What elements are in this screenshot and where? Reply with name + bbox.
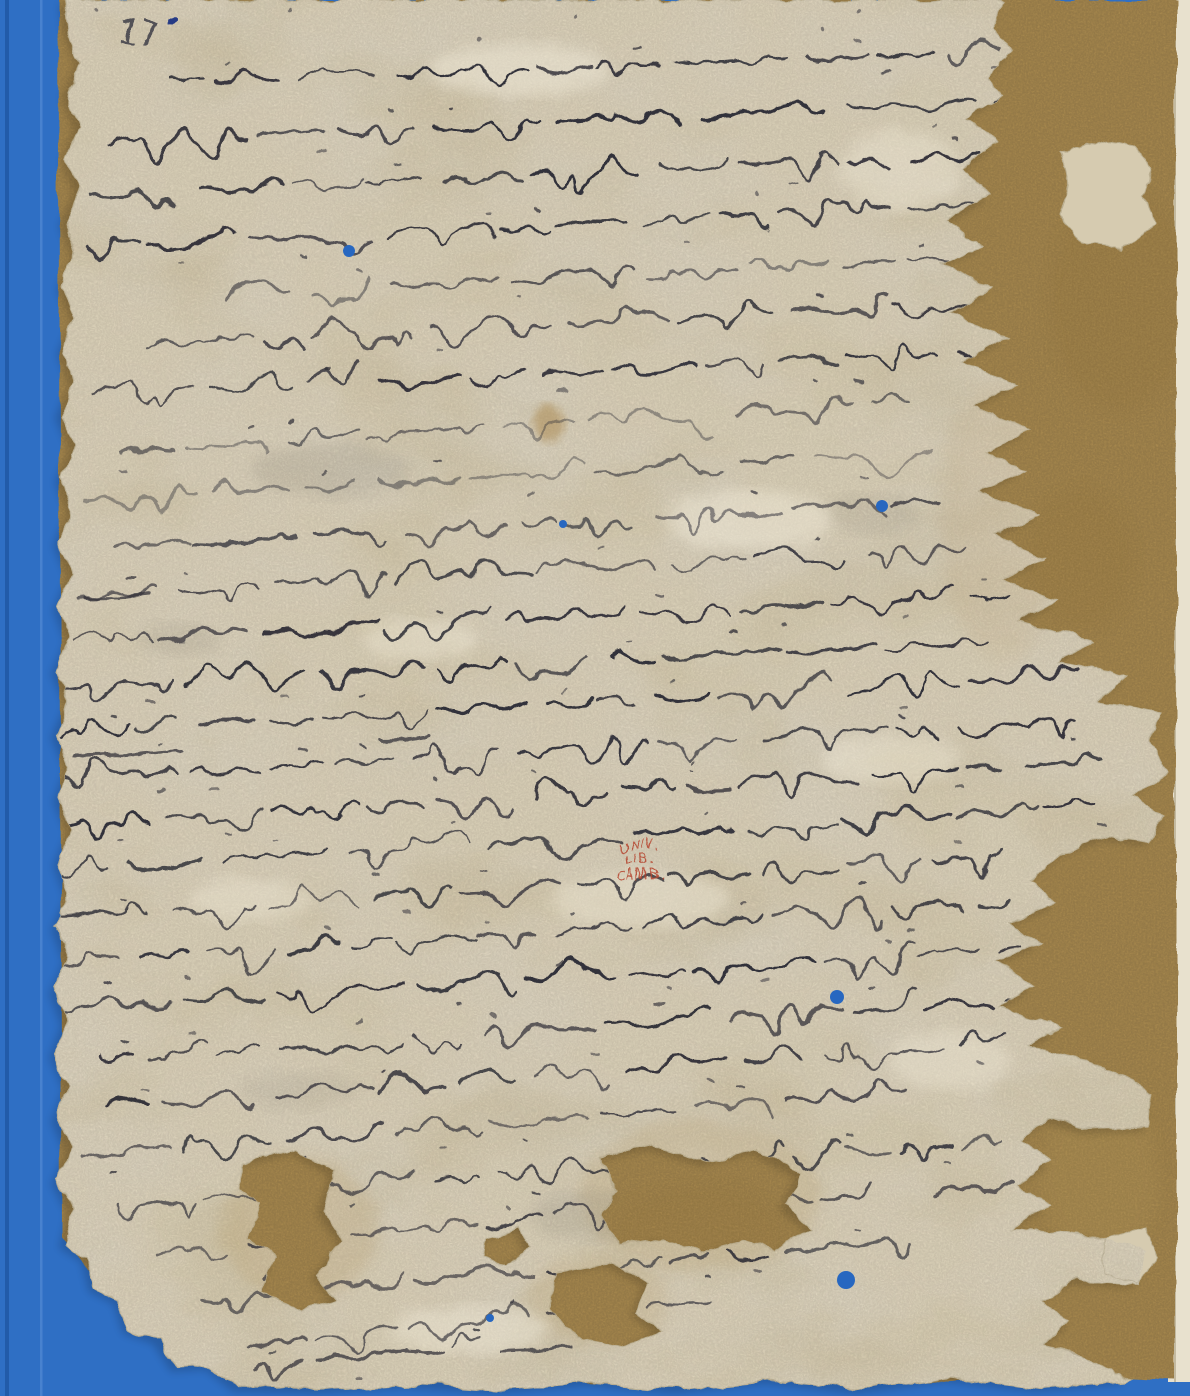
ink-speck [820,28,824,32]
handwriting-stroke [111,716,116,717]
blue-through-hole [559,520,567,528]
paper-abrasion [665,490,835,550]
handwriting-stroke [389,112,393,113]
ink-speck [573,12,577,16]
handwriting-stroke [435,350,440,351]
blue-through-hole [876,500,888,512]
handwriting-stroke [884,71,889,72]
handwriting-stroke [396,165,402,167]
ink-smudge [240,1070,360,1110]
handwriting-stroke [901,716,906,718]
handwriting-stroke [1097,824,1104,825]
handwriting-stroke [853,39,858,41]
handwriting-stroke [933,123,936,124]
handwriting-stroke [493,1016,498,1018]
handwriting-stroke [323,469,325,471]
handwriting-stroke [381,1072,383,1074]
handwriting-stroke [919,242,923,244]
handwriting-stroke [325,929,330,930]
folio-ink-dot [168,17,176,25]
handwriting-stroke [449,108,451,109]
handwriting-stroke [979,1062,983,1063]
handwriting-stroke [126,578,133,579]
handwriting-stroke [855,1230,861,1232]
handwriting-stroke [106,981,111,982]
paper-abrasion [840,130,960,210]
handwriting-stroke [815,381,817,383]
handwriting-stroke [872,990,875,991]
handwriting-stroke [273,841,277,842]
handwriting-stroke [707,1277,710,1278]
handwriting-stroke [144,1091,149,1093]
ink-speck [478,38,482,42]
handwriting-stroke [909,929,914,930]
ink-speck [858,10,862,14]
handwriting-stroke [505,1209,509,1211]
handwriting-stroke [535,209,539,210]
handwriting-stroke [452,820,455,822]
handwriting-stroke [248,426,253,428]
handwriting-stroke [905,615,908,617]
handwriting-stroke [816,537,819,538]
handwriting-stroke [160,743,162,745]
handwriting-stroke [318,151,324,152]
handwriting-stroke [120,840,123,841]
handwriting-stroke [657,594,663,595]
paper-abrasion [190,878,310,922]
handwriting-stroke [756,1269,761,1271]
handwriting-stroke [435,778,438,779]
handwriting-stroke [513,1303,515,1304]
handwriting-stroke [789,182,795,184]
handwriting-stroke [477,1328,480,1329]
folio-number: 17 [115,10,163,55]
handwriting-stroke [656,1004,661,1005]
handwriting-stroke [291,422,295,424]
handwriting-stroke [666,988,670,989]
handwriting-stroke [531,495,534,496]
handwriting-stroke [754,492,757,493]
handwriting-stroke [111,1172,116,1173]
ink-speck [94,8,98,12]
handwriting-stroke [743,903,748,905]
handwriting-stroke [947,1162,952,1163]
handwriting-stroke [533,1191,540,1193]
handwriting-stroke [705,813,707,815]
handwriting-stroke [481,873,487,874]
paper-abrasion [430,44,610,96]
stamp-line: CAMB. [616,867,667,886]
handwriting-stroke [188,1034,193,1035]
handwriting-stroke [561,389,567,391]
handwriting-stroke [885,940,892,942]
handwriting-stroke [300,747,307,748]
handwriting-stroke [225,833,230,835]
ink-speck [288,6,292,10]
handwriting-stroke [762,981,768,982]
handwriting-stroke [373,873,378,875]
blue-through-hole [486,1314,494,1322]
handwriting-stroke [521,1142,524,1143]
handwriting-stroke [352,1203,355,1205]
handwriting-stroke [160,790,165,792]
backdrop-crease-dark [5,0,9,1396]
handwriting-stroke [483,920,485,921]
handwriting-stroke [600,548,605,550]
handwriting-stroke [817,294,822,295]
blue-through-hole [830,990,844,1004]
handwriting-stroke [693,760,696,761]
handwriting-stroke [671,681,674,682]
backdrop-crease-light [40,0,43,1396]
ink-speck [755,190,759,194]
handwriting-stroke [359,693,363,694]
handwriting-stroke [989,68,995,69]
blue-through-hole [343,245,355,257]
handwriting-stroke [356,1021,360,1023]
handwriting-stroke [565,688,568,690]
handwriting-stroke [227,62,229,64]
handwriting-stroke [358,272,361,274]
handwriting-stroke [557,963,561,965]
handwriting-stroke [854,379,860,381]
manuscript-photo: UNIV. LIB. CAMB. 17 [0,0,1190,1396]
handwriting-stroke [708,1081,714,1083]
handwriting-stroke [780,626,783,627]
handwriting-stroke [956,840,961,841]
blue-through-hole [837,1271,855,1289]
handwriting-stroke [182,264,186,265]
